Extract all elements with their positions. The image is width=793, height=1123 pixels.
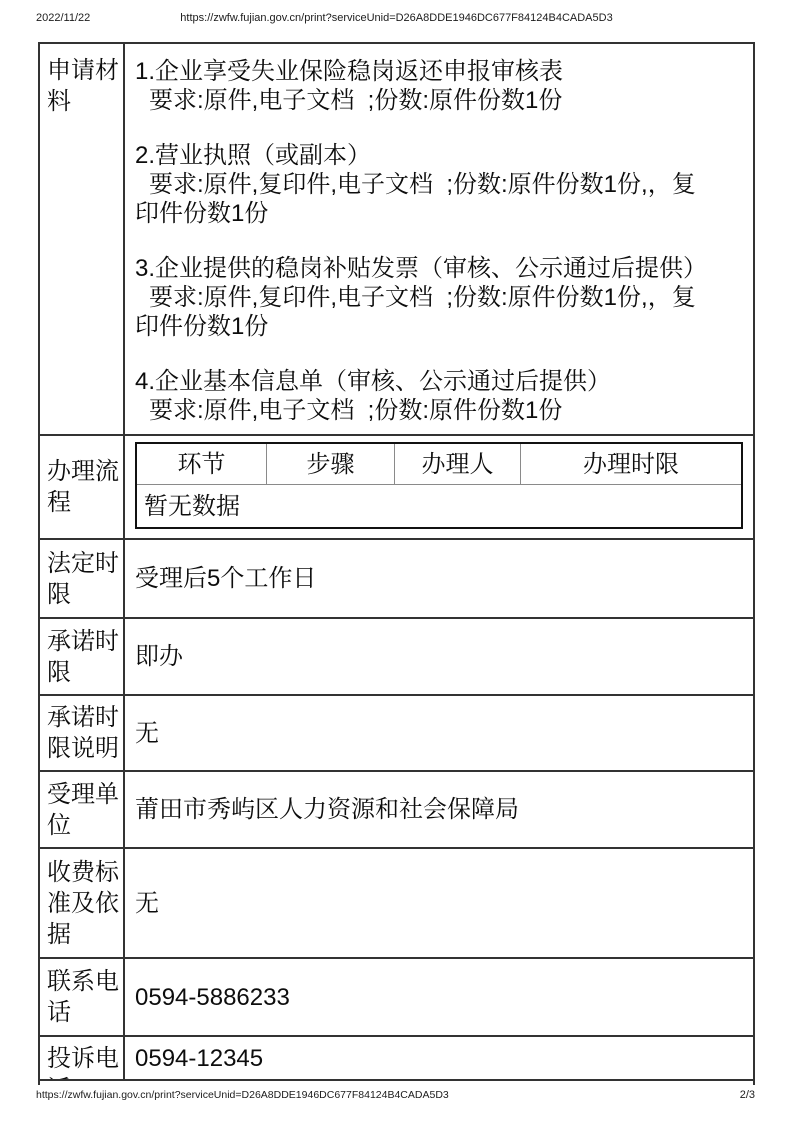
field-label: 收费标准及依据 [40,849,125,957]
field-label: 承诺时限 [40,619,125,694]
material-item: 4.企业基本信息单（审核、公示通过后提供） 要求:原件,电子文档 ;份数:原件份… [135,367,741,425]
table-row-legal-time-limit: 法定时限 受理后5个工作日 [40,540,753,619]
material-requirement: 要求:原件,电子文档 ;份数:原件份数1份 [135,396,741,425]
field-value: 无 [125,696,753,770]
material-item: 1.企业享受失业保险稳岗返还申报审核表 要求:原件,电子文档 ;份数:原件份数1… [135,57,741,115]
flow-header-procedure: 步骤 [267,444,395,484]
material-requirement-continued: 印件份数1份 [135,199,741,228]
flow-header-handler: 办理人 [395,444,521,484]
field-label: 受理单位 [40,772,125,847]
material-requirement: 要求:原件,电子文档 ;份数:原件份数1份 [135,86,741,115]
field-label: 联系电话 [40,959,125,1035]
flow-label: 办理流程 [40,436,125,538]
table-row-accepting-unit: 受理单位 莆田市秀屿区人力资源和社会保障局 [40,772,753,849]
material-name: 3.企业提供的稳岗补贴发票（审核、公示通过后提供） [135,254,741,283]
material-requirement-continued: 印件份数1份 [135,312,741,341]
flow-header-time-limit: 办理时限 [521,444,741,484]
field-value: 0594-5886233 [125,959,753,1035]
field-value: 莆田市秀屿区人力资源和社会保障局 [125,772,753,847]
material-requirement: 要求:原件,复印件,电子文档 ;份数:原件份数1份,，复 [135,283,741,312]
field-value: 无 [125,849,753,957]
field-label: 法定时限 [40,540,125,617]
flow-empty-message: 暂无数据 [137,485,741,527]
service-detail-table: 申请材料 1.企业享受失业保险稳岗返还申报审核表 要求:原件,电子文档 ;份数:… [38,42,755,1085]
field-value: 0594-12345 [125,1037,753,1079]
table-row-contact-phone: 联系电话 0594-5886233 [40,959,753,1037]
material-name: 4.企业基本信息单（审核、公示通过后提供） [135,367,741,396]
field-label: 投诉电话 [40,1037,125,1079]
field-value: 即办 [125,619,753,694]
flow-header-step: 环节 [137,444,267,484]
print-header-url: https://zwfw.fujian.gov.cn/print?service… [0,12,793,24]
table-row-complaint-phone: 投诉电话 0594-12345 [40,1037,753,1081]
table-row-materials: 申请材料 1.企业享受失业保险稳岗返还申报审核表 要求:原件,电子文档 ;份数:… [40,44,753,436]
material-name: 1.企业享受失业保险稳岗返还申报审核表 [135,57,741,86]
flow-table-header: 环节 步骤 办理人 办理时限 [137,444,741,485]
field-value: 受理后5个工作日 [125,540,753,617]
materials-list: 1.企业享受失业保险稳岗返还申报审核表 要求:原件,电子文档 ;份数:原件份数1… [125,44,753,434]
print-footer-url: https://zwfw.fujian.gov.cn/print?service… [36,1089,449,1101]
table-row-promised-time-limit-note: 承诺时限说明 无 [40,696,753,772]
table-row-fee-standard: 收费标准及依据 无 [40,849,753,959]
table-row-promised-time-limit: 承诺时限 即办 [40,619,753,696]
material-item: 2.营业执照（或副本） 要求:原件,复印件,电子文档 ;份数:原件份数1份,，复… [135,141,741,228]
field-label: 承诺时限说明 [40,696,125,770]
material-item: 3.企业提供的稳岗补贴发票（审核、公示通过后提供） 要求:原件,复印件,电子文档… [135,254,741,341]
flow-table: 环节 步骤 办理人 办理时限 暂无数据 [135,442,743,529]
material-name: 2.营业执照（或副本） [135,141,741,170]
print-footer-page-number: 2/3 [740,1089,755,1101]
table-row-flow: 办理流程 环节 步骤 办理人 办理时限 暂无数据 [40,436,753,540]
materials-label: 申请材料 [40,44,125,434]
flow-table-wrap: 环节 步骤 办理人 办理时限 暂无数据 [125,436,753,538]
material-requirement: 要求:原件,复印件,电子文档 ;份数:原件份数1份,，复 [135,170,741,199]
